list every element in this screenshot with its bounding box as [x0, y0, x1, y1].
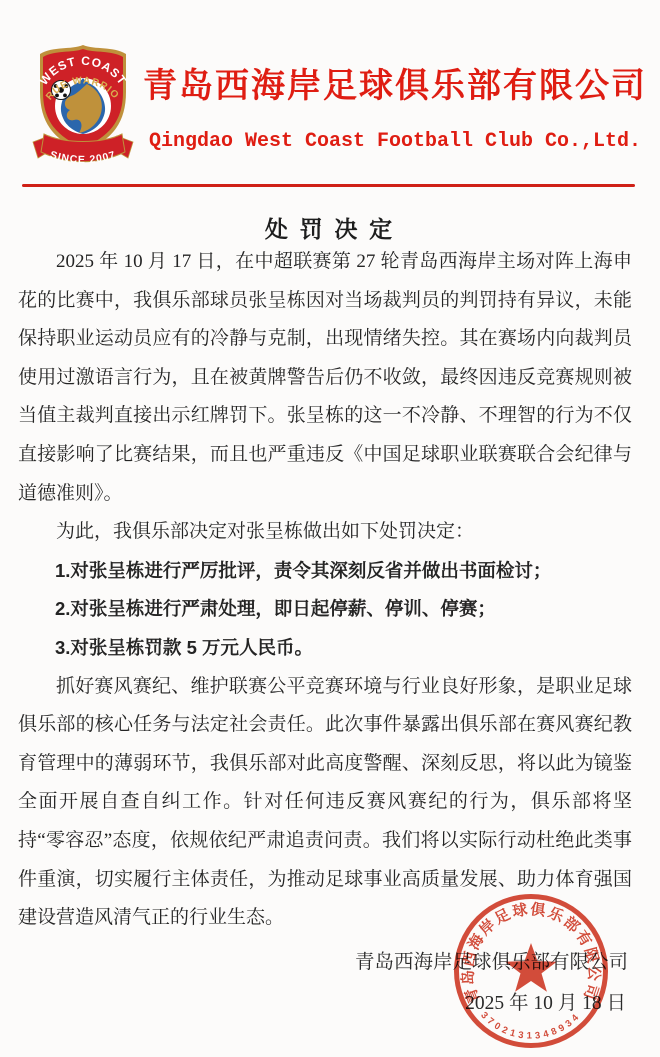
- company-name-en: Qingdao West Coast Football Club Co.,Ltd…: [138, 130, 652, 154]
- company-name-cn: 青岛西海岸足球俱乐部有限公司: [138, 66, 652, 108]
- letterhead: WEST COAST TRUE WARRIOR SINCE 2007 青岛西海岸…: [0, 0, 660, 185]
- header-divider: [22, 184, 635, 187]
- paragraph-closing: 抓好赛风赛纪、维护联赛公平竞赛环境与行业良好形象，是职业足球俱乐部的核心任务与法…: [18, 668, 632, 938]
- decision-item-2: 2.对张呈栋进行严肃处理，即日起停薪、停训、停赛；: [18, 590, 632, 629]
- document-page: WEST COAST TRUE WARRIOR SINCE 2007 青岛西海岸…: [0, 0, 660, 1057]
- document-title: 处 罚 决 定: [0, 211, 660, 244]
- signature-company: 青岛西海岸足球俱乐部有限公司: [355, 951, 628, 975]
- club-crest-logo: WEST COAST TRUE WARRIOR SINCE 2007: [31, 44, 135, 170]
- decision-item-1: 1.对张呈栋进行严厉批评，责令其深刻反省并做出书面检讨；: [18, 552, 632, 591]
- document-body: 2025 年 10 月 17 日，在中超联赛第 27 轮青岛西海岸主场对阵上海申…: [18, 243, 632, 938]
- decision-item-3: 3.对张呈栋罚款 5 万元人民币。: [18, 629, 632, 668]
- paragraph-decision-intro: 为此，我俱乐部决定对张呈栋做出如下处罚决定：: [18, 513, 632, 552]
- signature-block: 青岛西海岸足球俱乐部有限公司 2025 年 10 月 18 日: [355, 951, 628, 1016]
- paragraph-incident: 2025 年 10 月 17 日，在中超联赛第 27 轮青岛西海岸主场对阵上海申…: [18, 243, 632, 513]
- signature-date: 2025 年 10 月 18 日: [355, 992, 628, 1016]
